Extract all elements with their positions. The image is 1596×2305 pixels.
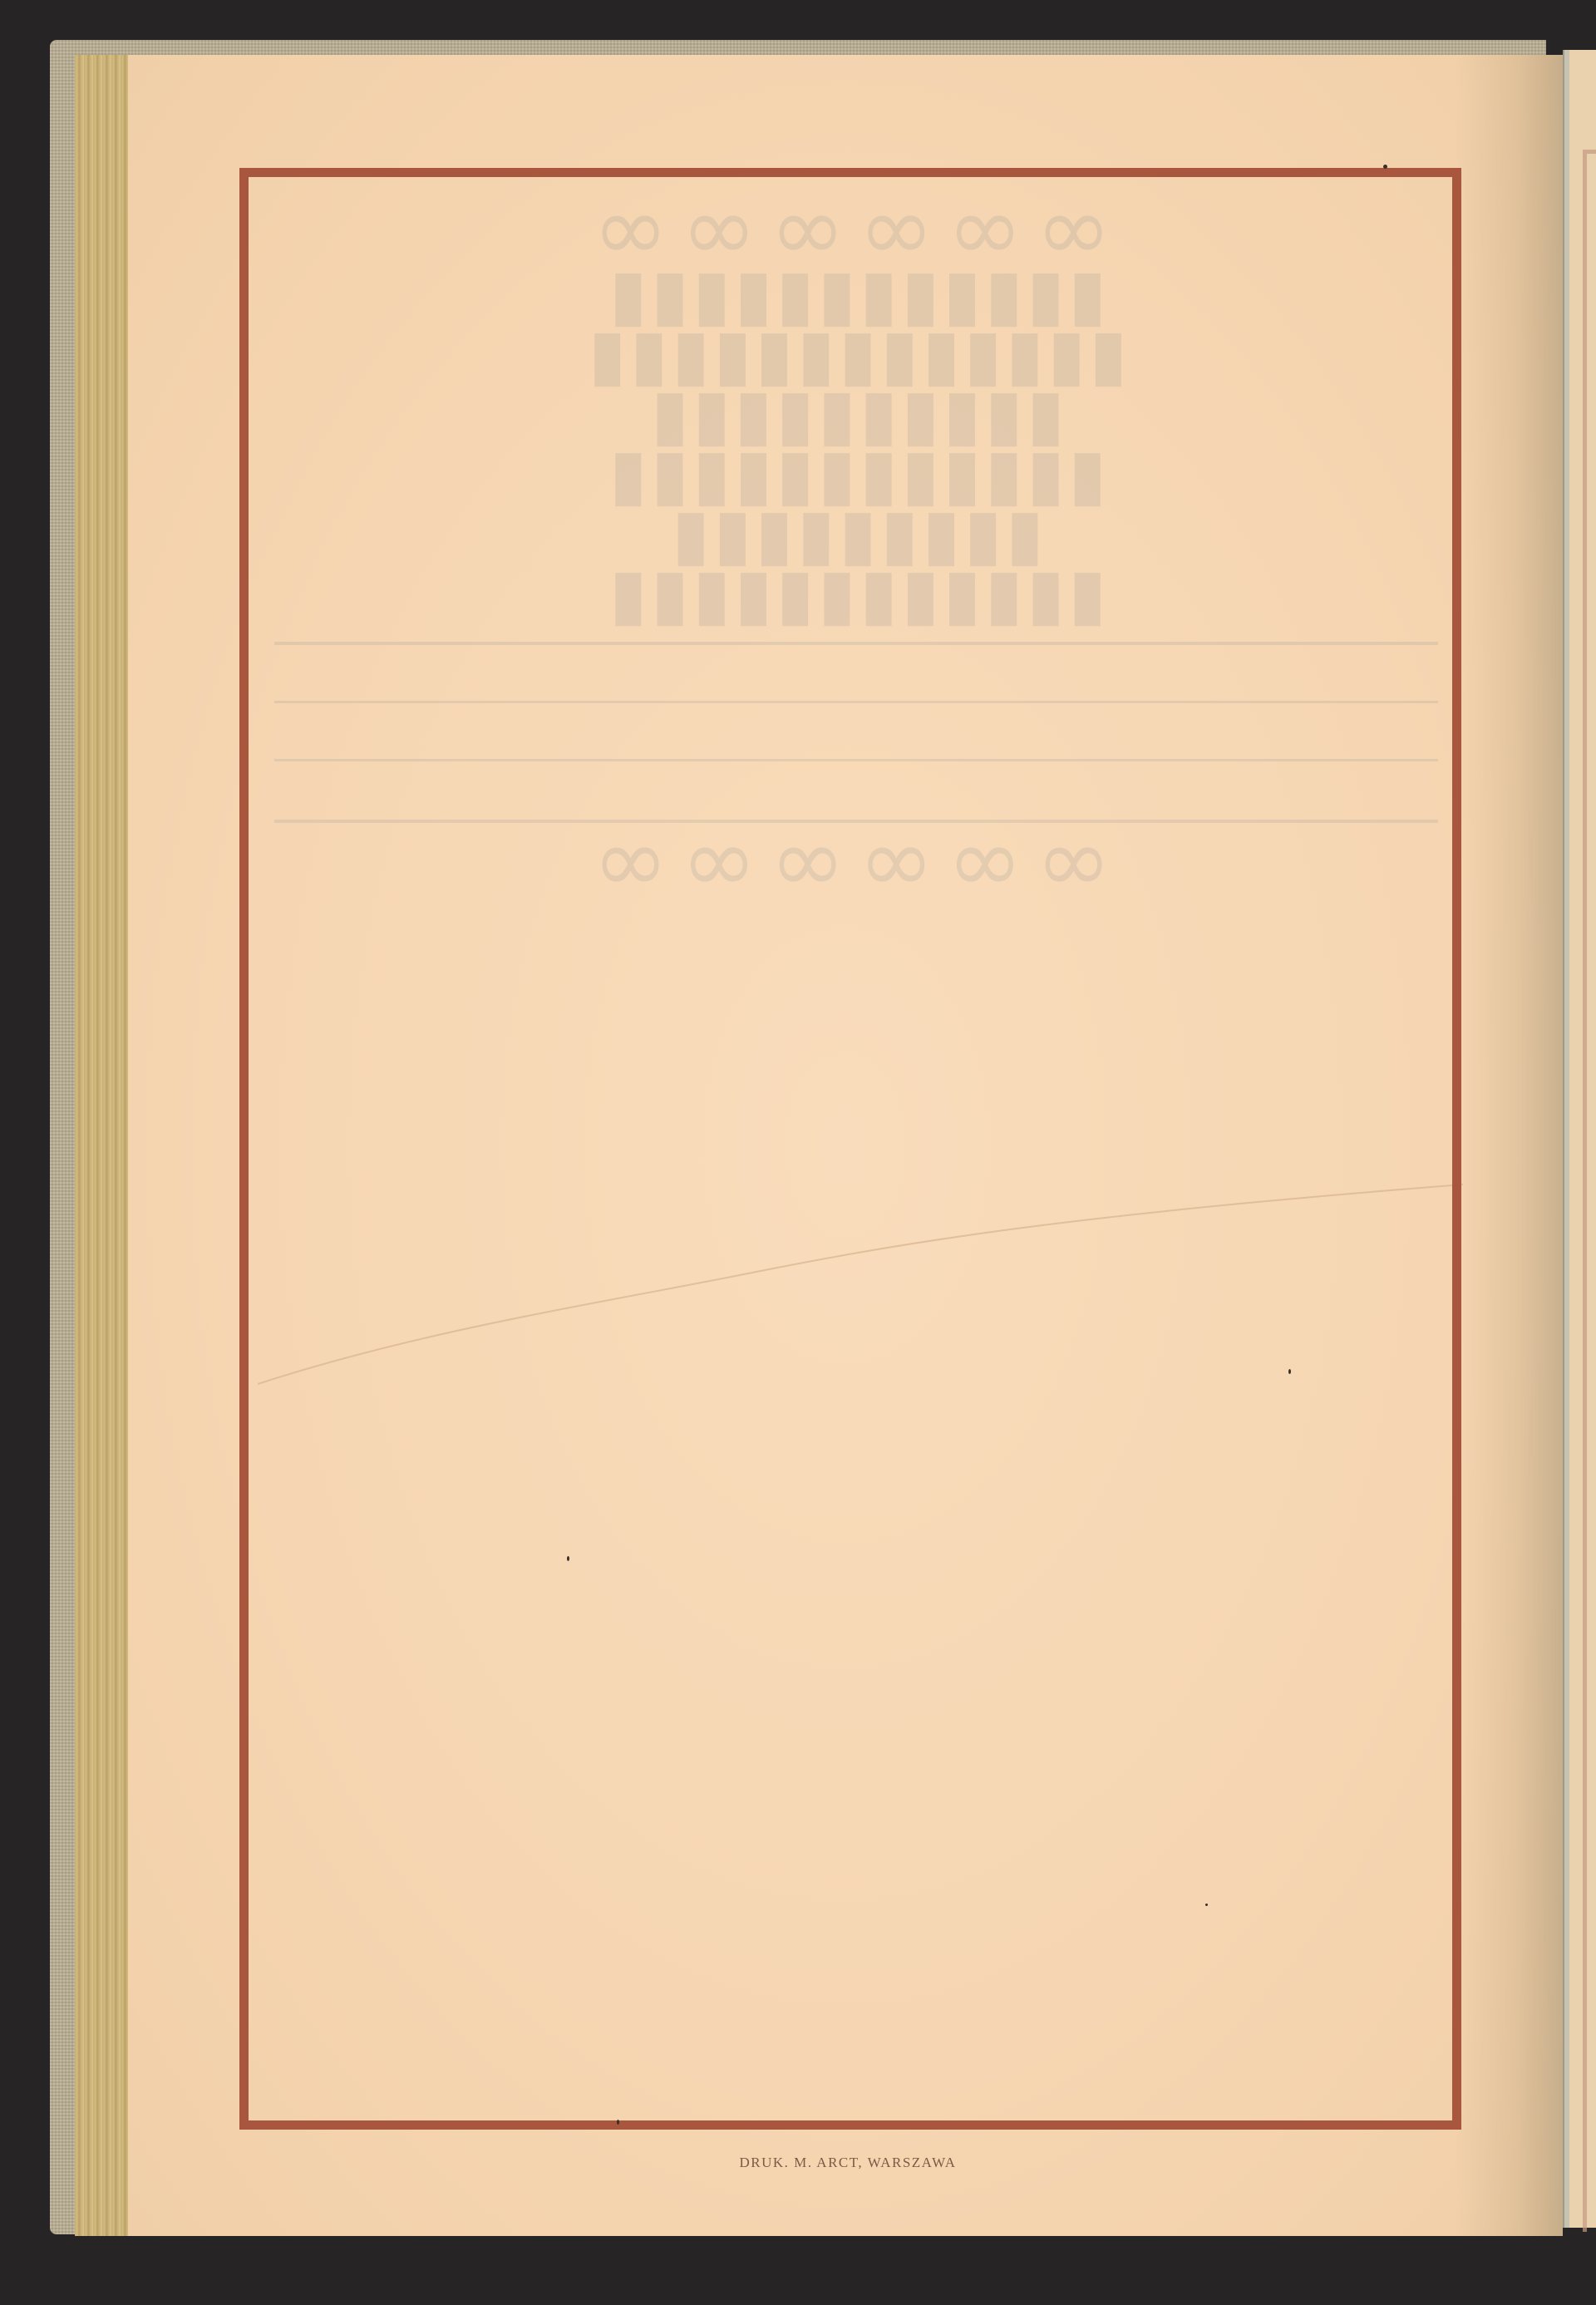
facing-page-edge xyxy=(1563,50,1596,2228)
facing-page-frame-fragment xyxy=(1583,150,1596,2232)
ink-speck xyxy=(1383,165,1387,169)
ink-speck xyxy=(1288,1369,1291,1374)
ink-speck xyxy=(617,2120,619,2125)
printer-imprint-text: DRUK. M. ARCT, WARSZAWA xyxy=(739,2155,956,2170)
page-edge-stack xyxy=(75,55,130,2236)
printer-imprint: DRUK. M. ARCT, WARSZAWA xyxy=(0,2155,1596,2171)
ink-speck xyxy=(1205,1904,1208,1906)
page-border-frame xyxy=(239,168,1461,2130)
ink-speck xyxy=(567,1556,569,1561)
